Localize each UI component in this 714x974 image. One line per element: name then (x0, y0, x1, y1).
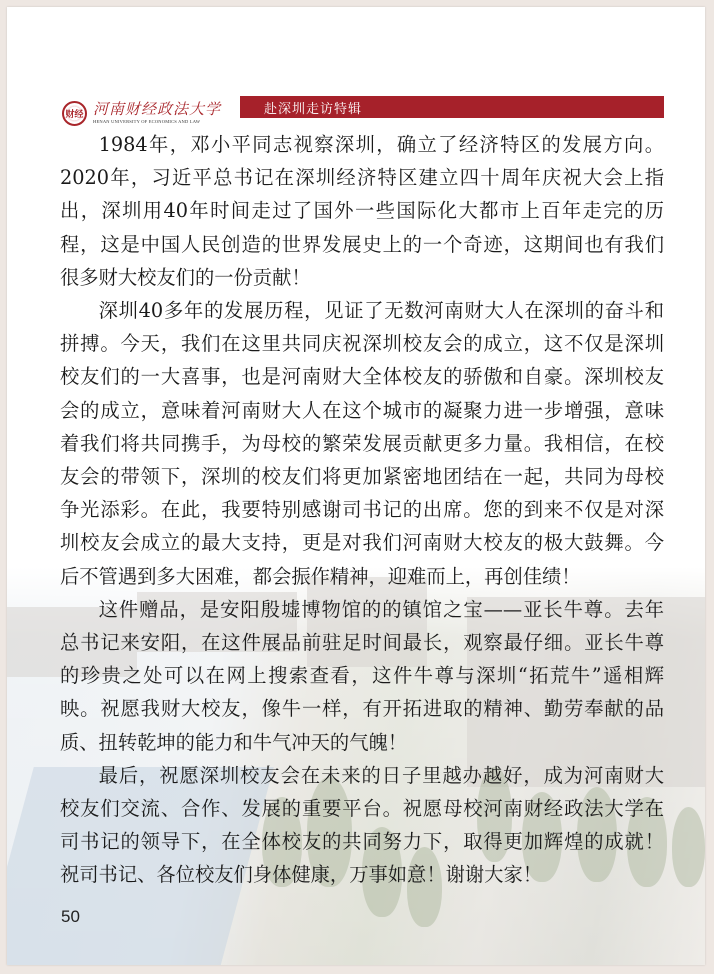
text-line: 友会的带领下，深圳的校友们将更加紧密地团结在一起，共同为母校 (21, 460, 664, 493)
document-page: 财经 河南财经政法大学 HENAN UNIVERSITY OF ECONOMIC… (7, 7, 705, 965)
text-line: 争光添彩。在此，我要特别感谢司书记的出席。您的到来不仅是对深 (21, 493, 664, 526)
text-line: 校友们交流、合作、发展的重要平台。祝愿母校河南财经政法大学在 (21, 792, 664, 825)
text-line: 程，这是中国人民创造的世界发展史上的一个奇迹，这期间也有我们 (21, 228, 664, 261)
section-title-bar: 赴深圳走访特辑 (240, 96, 664, 118)
text-line: 后不管遇到多大困难，都会振作精神，迎难而上，再创佳绩！ (21, 560, 664, 593)
text-line: 最后，祝愿深圳校友会在未来的日子里越办越好，成为河南财大 (60, 759, 664, 792)
section-title: 赴深圳走访特辑 (264, 98, 362, 117)
text-line: 深圳40多年的发展历程，见证了无数河南财大人在深圳的奋斗和 (60, 294, 664, 327)
text-line: 祝司书记、各位校友们身体健康，万事如意！谢谢大家！ (21, 858, 664, 891)
text-line: 2020年，习近平总书记在深圳经济特区建立四十周年庆祝大会上指 (21, 161, 664, 194)
university-seal-icon: 财经 (62, 101, 87, 126)
text-line: 校友们的一大喜事，也是河南财大全体校友的骄傲和自豪。深圳校友 (21, 360, 664, 393)
text-line: 这件赠品，是安阳殷墟博物馆的的镇馆之宝——亚长牛尊。去年 (60, 593, 664, 626)
text-line: 司书记的领导下，在全体校友的共同努力下，取得更加辉煌的成就！ (21, 825, 664, 858)
university-name-cn: 河南财经政法大学 (93, 102, 221, 117)
text-line: 出，深圳用40年时间走过了国外一些国际化大都市上百年走完的历 (21, 194, 664, 227)
text-line: 圳校友会成立的最大支持，更是对我们河南财大校友的极大鼓舞。今 (21, 526, 664, 559)
text-line: 1984年，邓小平同志视察深圳，确立了经济特区的发展方向。 (60, 128, 664, 161)
article-body: 1984年，邓小平同志视察深圳，确立了经济特区的发展方向。 2020年，习近平总… (60, 128, 664, 892)
text-line: 会的成立，意味着河南财大人在这个城市的凝聚力进一步增强，意味 (21, 394, 664, 427)
text-line: 质、扭转乾坤的能力和牛气冲天的气魄！ (21, 726, 664, 759)
text-line: 总书记来安阳，在这件展品前驻足时间最长，观察最仔细。亚长牛尊 (21, 626, 664, 659)
text-line: 着我们将共同携手，为母校的繁荣发展贡献更多力量。我相信，在校 (21, 427, 664, 460)
text-line: 很多财大校友们的一份贡献！ (21, 261, 664, 294)
text-line: 映。祝愿我财大校友，像牛一样，有开拓进取的精神、勤劳奉献的品 (21, 692, 664, 725)
paragraph: 最后，祝愿深圳校友会在未来的日子里越办越好，成为河南财大 校友们交流、合作、发展… (60, 759, 664, 892)
text-line: 拼搏。今天，我们在这里共同庆祝深圳校友会的成立，这不仅是深圳 (21, 327, 664, 360)
page-number: 50 (61, 907, 80, 927)
paragraph: 这件赠品，是安阳殷墟博物馆的的镇馆之宝——亚长牛尊。去年 总书记来安阳，在这件展… (60, 593, 664, 759)
paragraph: 1984年，邓小平同志视察深圳，确立了经济特区的发展方向。 2020年，习近平总… (60, 128, 664, 294)
page-header: 财经 河南财经政法大学 HENAN UNIVERSITY OF ECONOMIC… (62, 96, 662, 130)
paragraph: 深圳40多年的发展历程，见证了无数河南财大人在深圳的奋斗和 拼搏。今天，我们在这… (60, 294, 664, 593)
university-logo: 河南财经政法大学 HENAN UNIVERSITY OF ECONOMICS A… (93, 102, 221, 125)
university-name-en: HENAN UNIVERSITY OF ECONOMICS AND LAW (93, 120, 221, 125)
text-line: 的珍贵之处可以在网上搜索查看，这件牛尊与深圳“拓荒牛”遥相辉 (21, 659, 664, 692)
